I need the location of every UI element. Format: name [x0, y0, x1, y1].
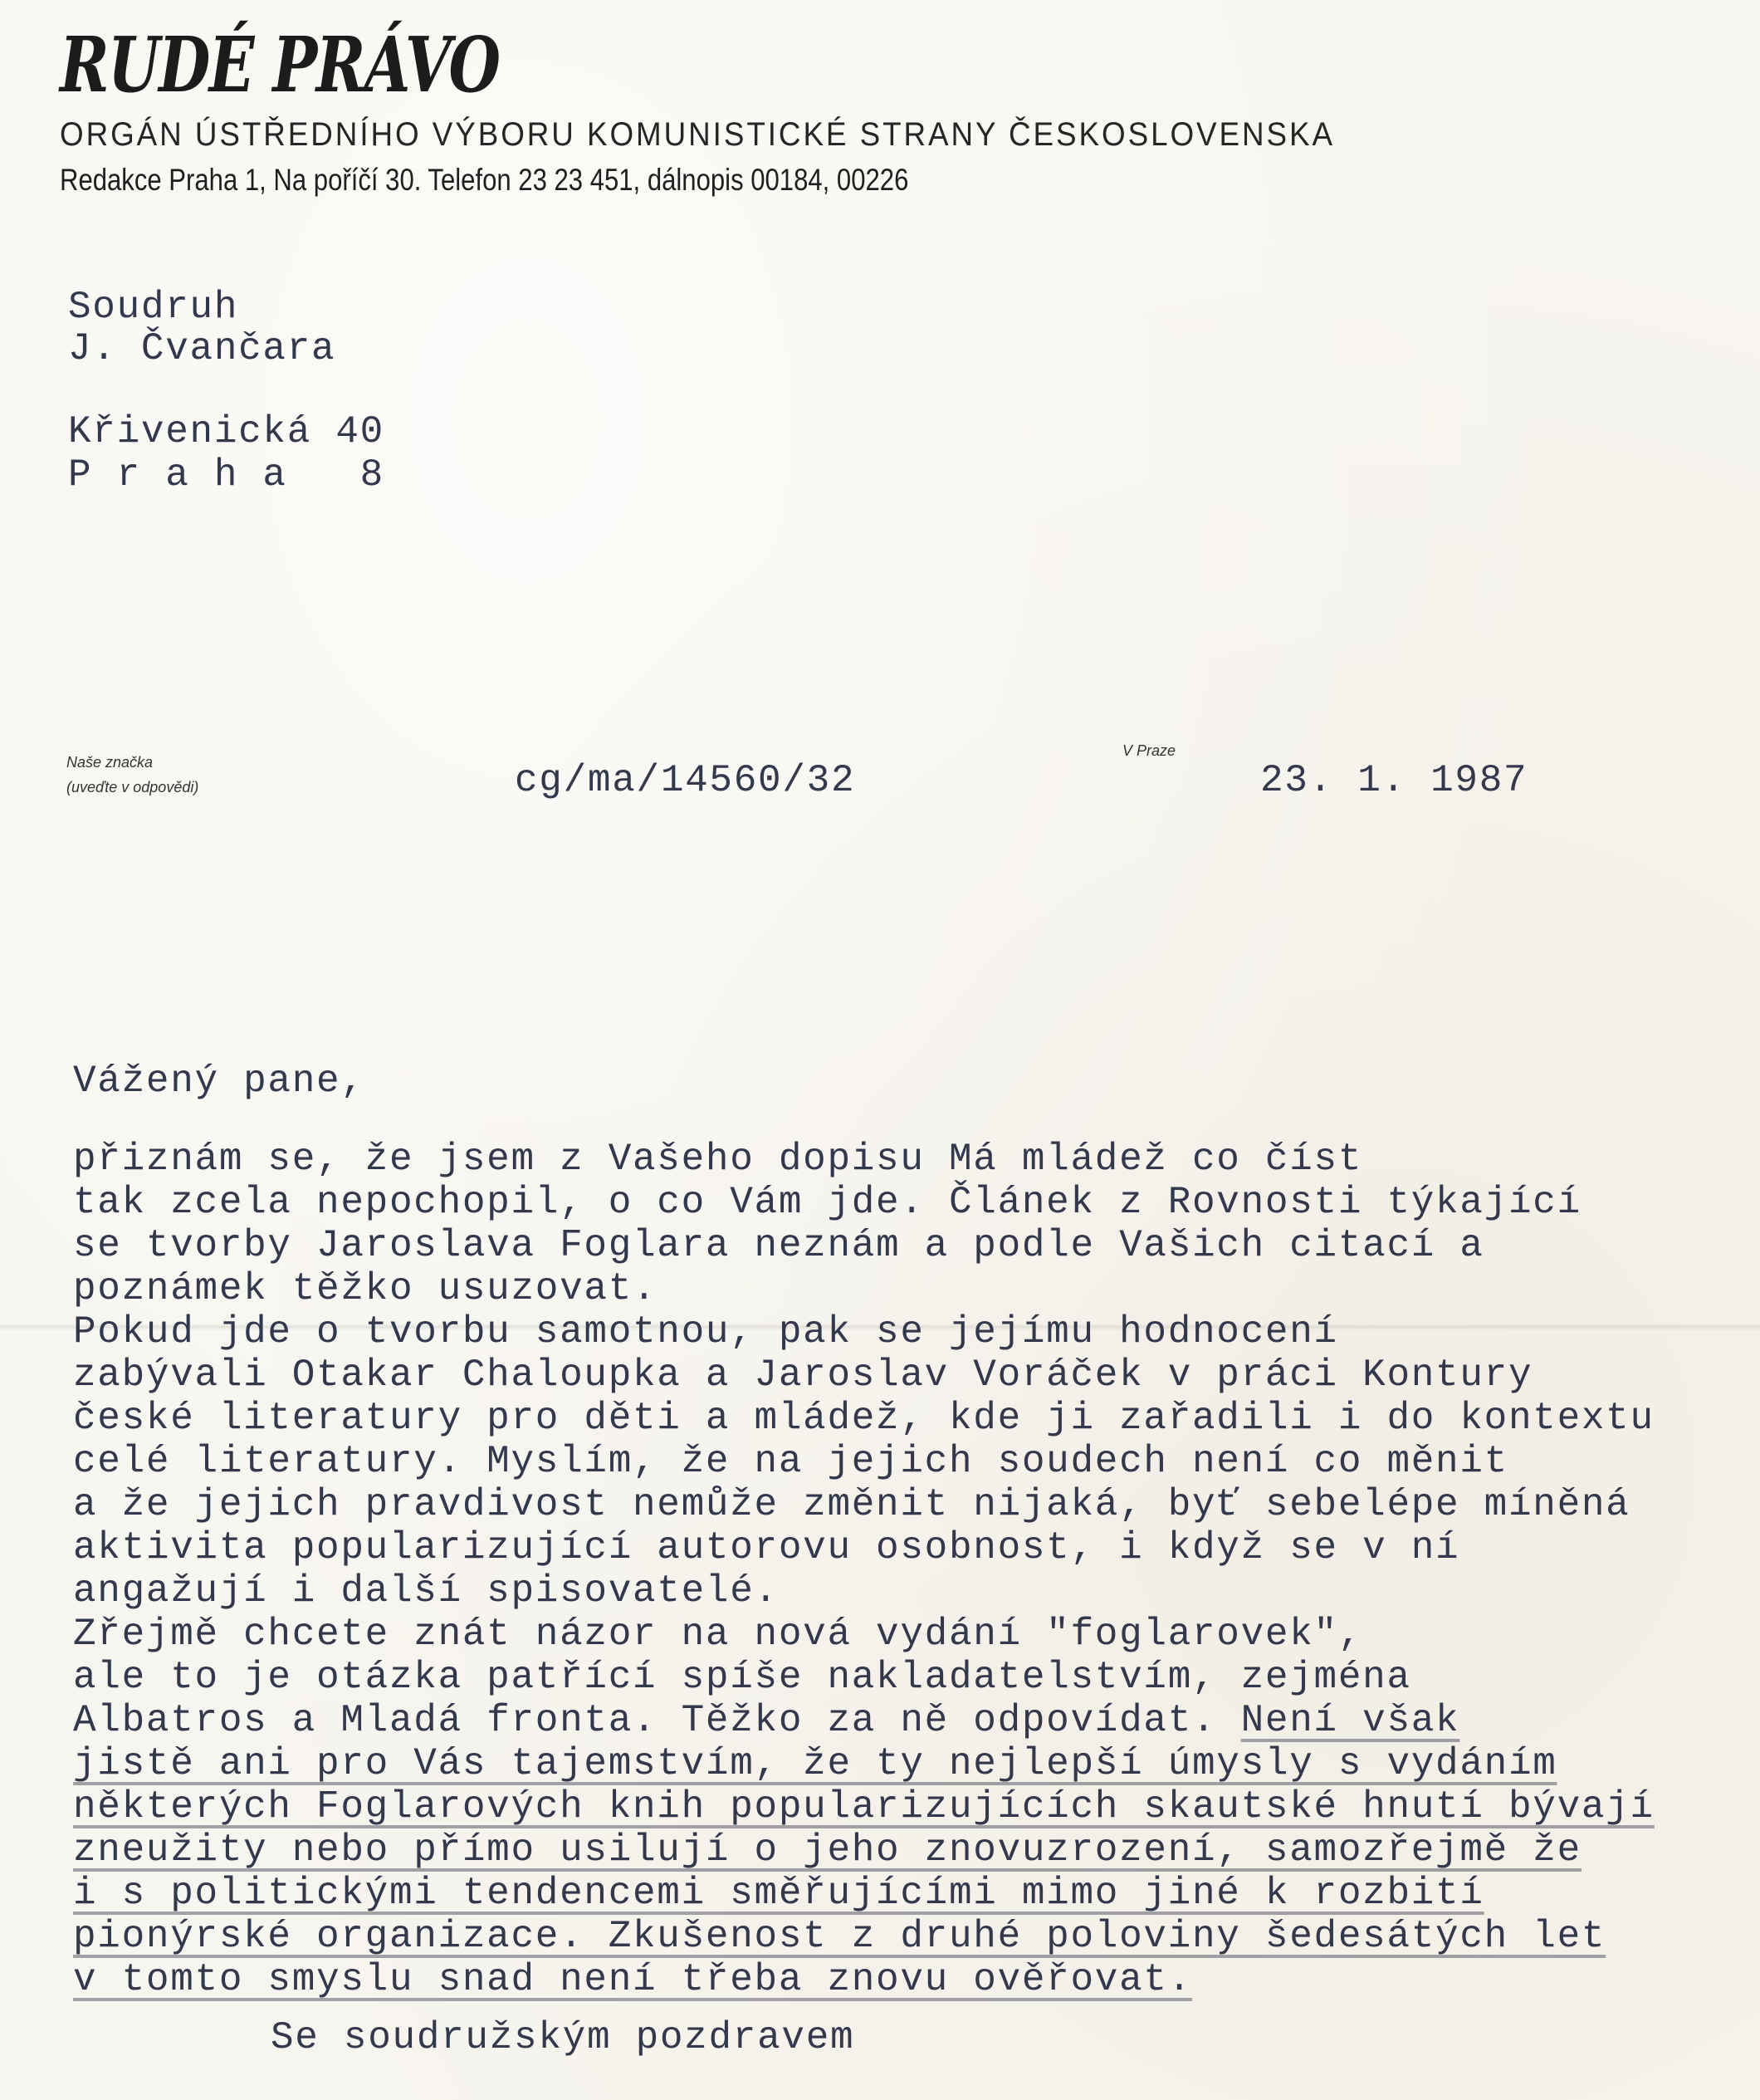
body-line-underlined: v tomto smyslu snad není třeba znovu ově… [73, 1958, 1655, 2001]
body-line-text: aktivita popularizující autorovu osobnos… [73, 1526, 1459, 1569]
letter-body: přiznám se, že jsem z Vašeho dopisu Má m… [73, 1138, 1655, 2001]
recipient-title: Soudruh [68, 286, 238, 329]
recipient-street: Křivenická 40 [68, 410, 384, 453]
underlined-text: jistě ani pro Vás tajemstvím, že ty nejl… [73, 1742, 1557, 1785]
body-line: se tvorby Jaroslava Foglara neznám a pod… [73, 1224, 1655, 1267]
reference-number: cg/ma/14560/32 [515, 759, 855, 802]
body-line: ale to je otázka patřící spíše nakladate… [73, 1656, 1655, 1699]
body-line: Albatros a Mladá fronta. Těžko za ně odp… [73, 1699, 1655, 1742]
body-line-text: ale to je otázka patřící spíše nakladate… [73, 1656, 1411, 1699]
body-line-text: Zřejmě chcete znát názor na nová vydání … [73, 1613, 1362, 1656]
body-line-text: poznámek těžko usuzovat. [73, 1267, 657, 1310]
body-line: aktivita popularizující autorovu osobnos… [73, 1526, 1655, 1569]
underlined-text: Není však [1241, 1699, 1460, 1742]
body-line: celé literatury. Myslím, že na jejich so… [73, 1440, 1655, 1483]
closing: Se soudružským pozdravem [271, 2016, 854, 2059]
reference-label: Naše značka [66, 752, 153, 772]
recipient-name: J. Čvančara [68, 327, 335, 370]
underlined-text: zneužity nebo přímo usilují o jeho znovu… [73, 1828, 1582, 1872]
body-line: Pokud jde o tvorbu samotnou, pak se její… [73, 1310, 1655, 1353]
reference-label-note: (uveďte v odpovědi) [66, 777, 198, 797]
body-line-text: Pokud jde o tvorbu samotnou, pak se její… [73, 1310, 1338, 1353]
body-line-text: české literatury pro děti a mládež, kde … [73, 1397, 1655, 1440]
body-line-underlined: i s politickými tendencemi směřujícími m… [73, 1872, 1655, 1915]
body-line-text: celé literatury. Myslím, že na jejich so… [73, 1440, 1508, 1483]
body-line-text: přiznám se, že jsem z Vašeho dopisu Má m… [73, 1138, 1362, 1181]
body-line: angažují i další spisovatelé. [73, 1569, 1655, 1613]
body-line: poznámek těžko usuzovat. [73, 1267, 1655, 1310]
body-line: Zřejmě chcete znát názor na nová vydání … [73, 1613, 1655, 1656]
letterhead-contact-line: Redakce Praha 1, Na poříčí 30. Telefon 2… [60, 163, 908, 198]
body-line-text: se tvorby Jaroslava Foglara neznám a pod… [73, 1224, 1484, 1267]
letter-date: 23. 1. 1987 [1260, 759, 1528, 802]
body-line-underlined: některých Foglarových knih popularizujíc… [73, 1785, 1655, 1828]
body-line-text: zabývali Otakar Chaloupka a Jaroslav Vor… [73, 1353, 1533, 1397]
body-line-text: Albatros a Mladá fronta. Těžko za ně odp… [73, 1699, 1241, 1742]
underlined-text: pionýrské organizace. Zkušenost z druhé … [73, 1915, 1606, 1958]
body-line-text: a že jejich pravdivost nemůže změnit nij… [73, 1483, 1630, 1526]
body-line-text: tak zcela nepochopil, o co Vám jde. Člán… [73, 1181, 1582, 1224]
body-line: přiznám se, že jsem z Vašeho dopisu Má m… [73, 1138, 1655, 1181]
body-line: tak zcela nepochopil, o co Vám jde. Člán… [73, 1181, 1655, 1224]
body-line-underlined: jistě ani pro Vás tajemstvím, že ty nejl… [73, 1742, 1655, 1785]
body-line-text: angažují i další spisovatelé. [73, 1569, 779, 1613]
body-line: české literatury pro děti a mládež, kde … [73, 1397, 1655, 1440]
body-line: a že jejich pravdivost nemůže změnit nij… [73, 1483, 1655, 1526]
body-line-underlined: pionýrské organizace. Zkušenost z druhé … [73, 1915, 1655, 1958]
body-line: zabývali Otakar Chaloupka a Jaroslav Vor… [73, 1353, 1655, 1397]
underlined-text: i s politickými tendencemi směřujícími m… [73, 1872, 1484, 1915]
greeting: Vážený pane, [73, 1060, 365, 1103]
underlined-text: některých Foglarových knih popularizujíc… [73, 1785, 1655, 1828]
body-line-underlined: zneužity nebo přímo usilují o jeho znovu… [73, 1828, 1655, 1872]
date-label: V Praze [1122, 741, 1176, 761]
letterhead-organ-line: ORGÁN ÚSTŘEDNÍHO VÝBORU KOMUNISTICKÉ STR… [60, 116, 1335, 153]
newspaper-masthead: RUDÉ PRÁVO [60, 23, 500, 106]
underlined-text: v tomto smyslu snad není třeba znovu ově… [73, 1958, 1192, 2001]
recipient-city: P r a h a 8 [68, 453, 384, 497]
